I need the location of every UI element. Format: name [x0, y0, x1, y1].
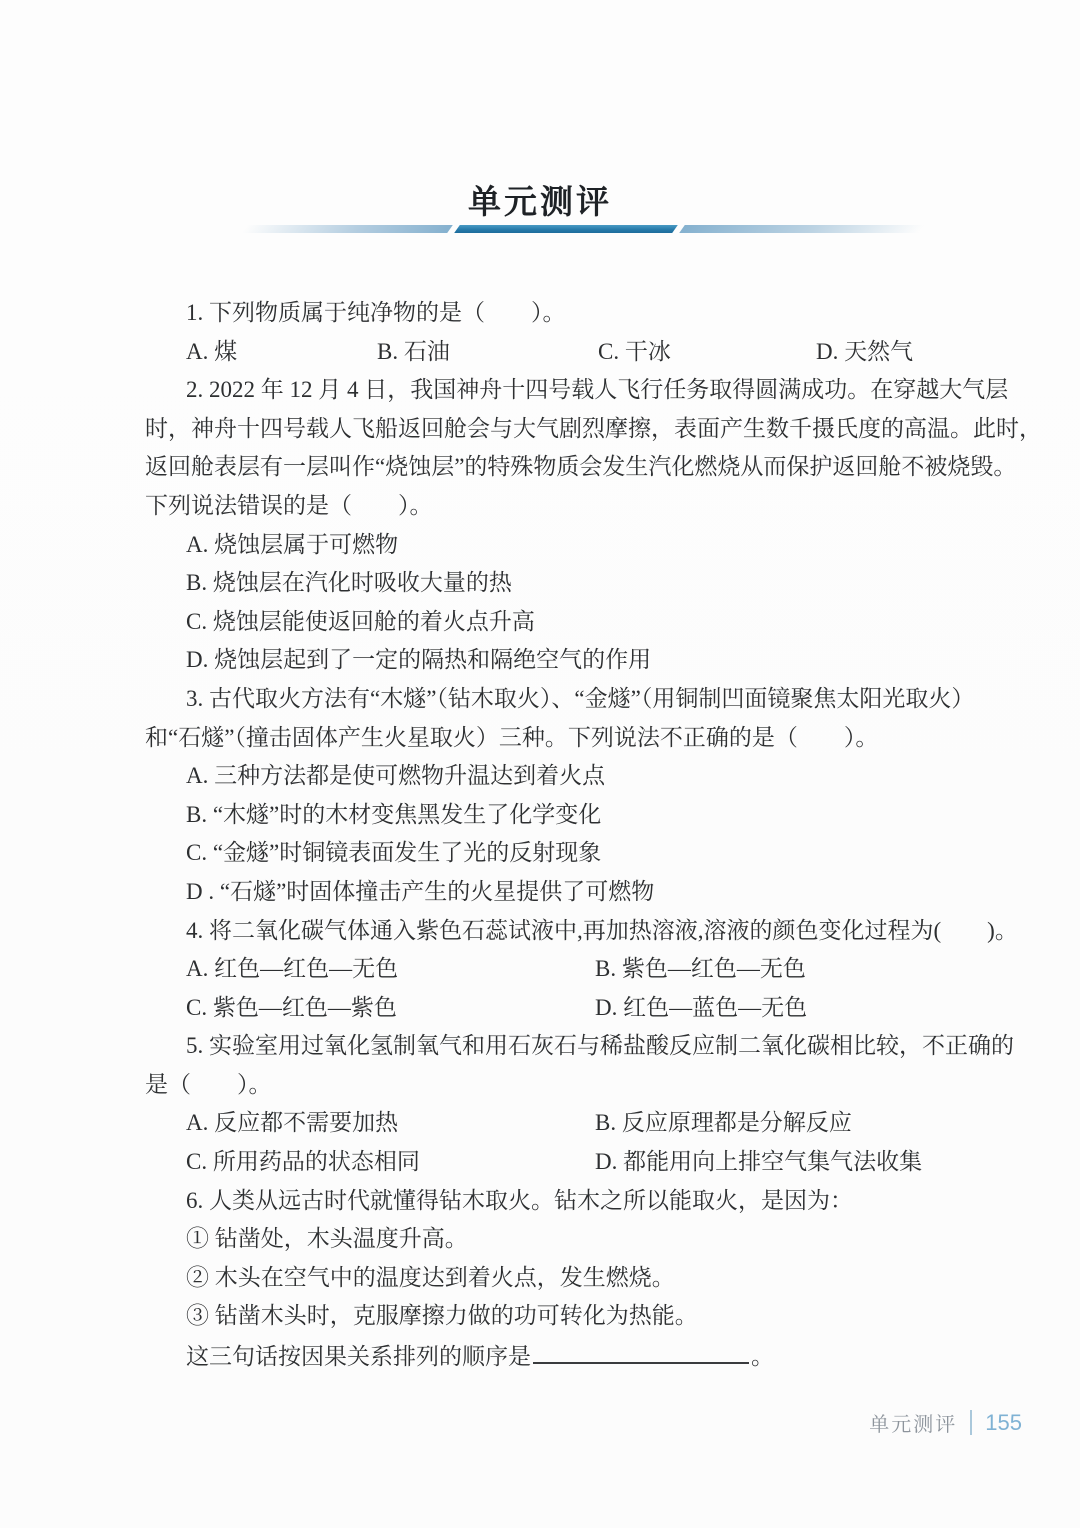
question-5-options-row: C. 所用药品的状态相同 D. 都能用向上排空气集气法收集: [145, 1143, 970, 1182]
question-5-stem-line: 是（ ）。: [145, 1066, 970, 1105]
question-1-options: A. 煤 B. 石油 C. 干冰 D. 天然气: [145, 333, 970, 372]
option-c: C. 紫色—红色—紫色: [186, 989, 397, 1028]
option-b: B. 反应原理都是分解反应: [595, 1104, 852, 1143]
option-b: B. “木燧”时的木材变焦黑发生了化学变化: [145, 796, 970, 835]
option-b: B. 石油: [377, 333, 450, 372]
question-3-stem-line: 和“石燧”（撞击固体产生火星取火）三种。下列说法不正确的是（ ）。: [145, 719, 970, 758]
divider-right-segment: [679, 225, 924, 233]
footer-divider-bar: [970, 1410, 972, 1435]
question-2-stem-line: 返回舱表层有一层叫作“烧蚀层”的特殊物质会发生汽化燃烧从而保护返回舱不被烧毁。: [145, 448, 970, 487]
question-list: 1. 下列物质属于纯净物的是（ ）。 A. 煤 B. 石油 C. 干冰 D. 天…: [145, 294, 970, 1375]
option-d: D. 红色—蓝色—无色: [595, 989, 807, 1028]
answer-blank: [533, 1336, 749, 1364]
question-3-stem-line: 3. 古代取火方法有“木燧”（钻木取火）、“金燧”（用铜制凹面镜聚焦太阳光取火）: [145, 680, 970, 719]
question-6-stem: 6. 人类从远古时代就懂得钻木取火。钻木之所以能取火，是因为：: [145, 1182, 970, 1221]
option-c: C. 干冰: [598, 333, 671, 372]
question-2-stem-line: 时，神舟十四号载人飞船返回舱会与大气剧烈摩擦，表面产生数千摄氏度的高温。此时，: [145, 410, 970, 449]
option-b: B. 烧蚀层在汽化时吸收大量的热: [145, 564, 970, 603]
question-6-conclusion: 这三句话按因果关系排列的顺序是。: [145, 1336, 970, 1375]
question-6-item: ② 木头在空气中的温度达到着火点，发生燃烧。: [145, 1259, 970, 1298]
option-a: A. 红色—红色—无色: [186, 950, 398, 989]
footer-page-number: 155: [985, 1410, 1022, 1436]
option-a: A. 煤: [186, 333, 237, 372]
question-1-stem: 1. 下列物质属于纯净物的是（ ）。: [145, 294, 970, 333]
option-d: D. 都能用向上排空气集气法收集: [595, 1143, 922, 1182]
question-4-options-row: C. 紫色—红色—紫色 D. 红色—蓝色—无色: [145, 989, 970, 1028]
question-5-stem-line: 5. 实验室用过氧化氢制氧气和用石灰石与稀盐酸反应制二氧化碳相比较，不正确的: [145, 1027, 970, 1066]
option-a: A. 反应都不需要加热: [186, 1104, 398, 1143]
divider-left-segment: [242, 225, 453, 233]
option-c: C. “金燧”时铜镜表面发生了光的反射现象: [145, 834, 970, 873]
question-2-stem-line: 下列说法错误的是（ ）。: [145, 487, 970, 526]
option-b: B. 紫色—红色—无色: [595, 950, 806, 989]
conclusion-period: 。: [751, 1344, 774, 1369]
option-d: D. 烧蚀层起到了一定的隔热和隔绝空气的作用: [145, 641, 970, 680]
page-title: 单元测评: [0, 176, 1080, 223]
textbook-page: 单元测评 1. 下列物质属于纯净物的是（ ）。 A. 煤 B. 石油 C. 干冰…: [0, 0, 1080, 1528]
page-footer: 单元测评 155: [869, 1408, 1022, 1437]
question-4-stem: 4. 将二氧化碳气体通入紫色石蕊试液中,再加热溶液,溶液的颜色变化过程为( )。: [145, 912, 970, 951]
option-a: A. 烧蚀层属于可燃物: [145, 526, 970, 565]
option-a: A. 三种方法都是使可燃物升温达到着火点: [145, 757, 970, 796]
divider-middle-segment: [454, 225, 678, 233]
option-c: C. 烧蚀层能使返回舱的着火点升高: [145, 603, 970, 642]
title-divider: [245, 224, 921, 234]
question-2-stem-line: 2. 2022 年 12 月 4 日，我国神舟十四号载人飞行任务取得圆满成功。在…: [145, 371, 970, 410]
question-4-options-row: A. 红色—红色—无色 B. 紫色—红色—无色: [145, 950, 970, 989]
option-d: D. 天然气: [816, 333, 913, 372]
option-c: C. 所用药品的状态相同: [186, 1143, 420, 1182]
question-6-item: ③ 钻凿木头时，克服摩擦力做的功可转化为热能。: [145, 1297, 970, 1336]
conclusion-text: 这三句话按因果关系排列的顺序是: [186, 1344, 531, 1369]
footer-section-label: 单元测评: [869, 1408, 957, 1437]
question-5-options-row: A. 反应都不需要加热 B. 反应原理都是分解反应: [145, 1104, 970, 1143]
option-d: D . “石燧”时固体撞击产生的火星提供了可燃物: [145, 873, 970, 912]
question-6-item: ① 钻凿处，木头温度升高。: [145, 1220, 970, 1259]
